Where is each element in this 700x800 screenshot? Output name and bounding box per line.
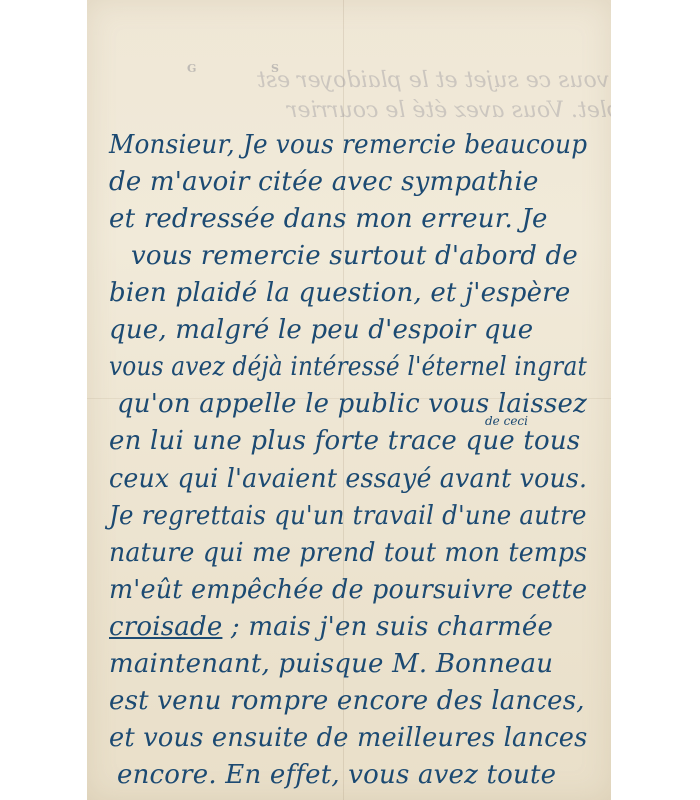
letter-line-11: Je regrettais qu'un travail d'une autre (109, 501, 587, 531)
letter-line-15: maintenant, puisque M. Bonneau (109, 649, 553, 679)
letter-line-1: Monsieur, Je vous remercie beaucoup (109, 130, 587, 160)
letter-line-5: bien plaidé la question, et j'espère (109, 278, 570, 308)
bleed-through-text: Tout vous ce sujet et le plaidoyer est (257, 68, 611, 93)
letter-line-12: nature qui me prend tout mon temps (109, 538, 587, 568)
letter-line-18: encore. En effet, vous avez toute (117, 760, 556, 790)
letter-line-6: que, malgré le peu d'espoir que (109, 315, 533, 345)
letter-line-13: m'eût empêchée de poursuivre cette (109, 575, 587, 605)
letter-line-4: vous remercie surtout d'abord de (131, 241, 578, 271)
letter-line-10: ceux qui l'avaient essayé avant vous. (109, 464, 587, 494)
letter-line-9: en lui une plus forte trace que tous (109, 426, 580, 456)
letter-line-17: et vous ensuite de meilleures lances (109, 723, 588, 753)
underlined-word: croisade (109, 612, 222, 642)
stamp-mark-g: G (187, 62, 196, 75)
letter-line-2: de m'avoir citée avec sympathie (109, 167, 539, 197)
bleed-through-text: complet. Vous avez été le courrier (287, 98, 611, 123)
letter-line-16: est venu rompre encore des lances, (109, 686, 585, 716)
letter-line-14: croisade ; mais j'en suis charmée (109, 612, 553, 642)
letter-page: G S Tout vous ce sujet et le plaidoyer e… (87, 0, 611, 800)
letter-line-7: vous avez déjà intéressé l'éternel ingra… (109, 352, 587, 382)
letter-line-3: et redressée dans mon erreur. Je (109, 204, 548, 234)
